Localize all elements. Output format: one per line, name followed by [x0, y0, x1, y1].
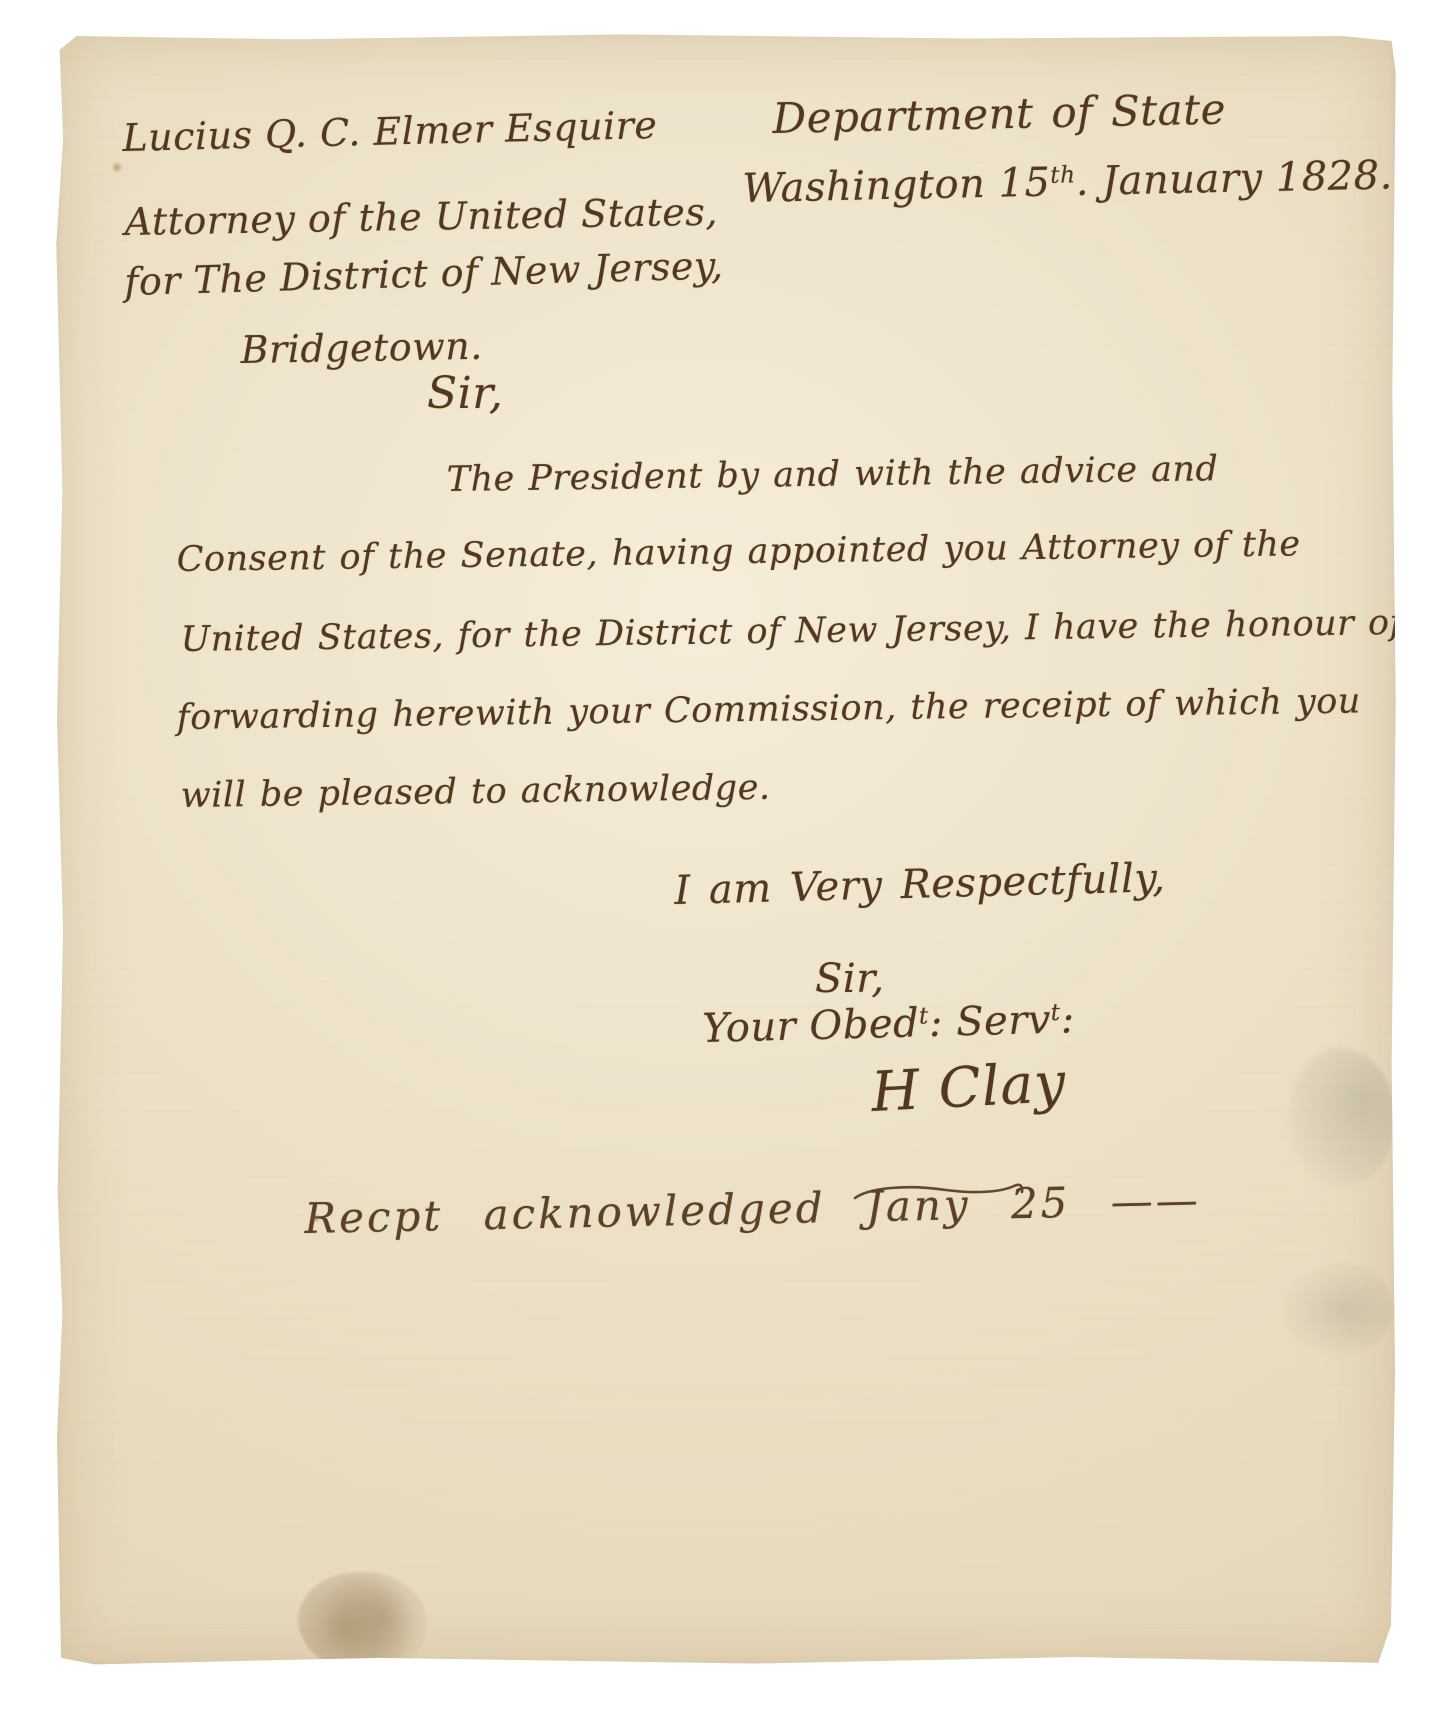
- dateline-place-date: Washington 15th. January 1828.: [742, 152, 1393, 212]
- closing-part-3: : Serv: [928, 997, 1051, 1046]
- closing-obedient-servant: Your Obedt: Servt:: [702, 996, 1075, 1052]
- body-line-5: will be pleased to acknowledge.: [180, 768, 770, 816]
- salutation: Sir,: [427, 368, 503, 419]
- closing-sir: Sir,: [815, 956, 885, 1002]
- letter-page: Lucius Q. C. Elmer Esquire Attorney of t…: [55, 32, 1397, 1666]
- right-edge-smudge-lower: [1283, 1262, 1393, 1357]
- body-line-2: Consent of the Senate, having appointed …: [176, 524, 1300, 580]
- recipient-name: Lucius Q. C. Elmer Esquire: [122, 103, 658, 160]
- recipient-title: Attorney of the United States,: [124, 190, 718, 244]
- recipient-city: Bridgetown.: [240, 324, 483, 372]
- signature-h-clay: H Clay: [870, 1050, 1068, 1124]
- body-line-4: forwarding herewith your Commission, the…: [176, 681, 1361, 738]
- docket-receipt-note: Recpt acknowledged Jany 25 ——: [304, 1175, 1201, 1243]
- dateline-date-post: . January 1828.: [1075, 152, 1393, 205]
- right-edge-smudge-upper: [1287, 1048, 1395, 1188]
- recipient-district: for The District of New Jersey,: [124, 243, 724, 304]
- body-line-3: United States, for the District of New J…: [180, 603, 1403, 660]
- scanned-letter-background: Lucius Q. C. Elmer Esquire Attorney of t…: [0, 0, 1445, 1710]
- dateline-date-ordinal: th: [1050, 161, 1076, 189]
- dateline-department: Department of State: [772, 85, 1226, 143]
- closing-respectfully: I am Very Respectfully,: [674, 855, 1166, 914]
- body-line-1: The President by and with the advice and: [446, 449, 1218, 500]
- dateline-date-pre: Washington 15: [742, 160, 1051, 212]
- paper-freckle-spot-top: [111, 162, 123, 173]
- fingerprint-smudge-stain: [298, 1572, 426, 1672]
- closing-part-1: Your Obed: [702, 1000, 920, 1052]
- closing-part-5: :: [1060, 996, 1075, 1042]
